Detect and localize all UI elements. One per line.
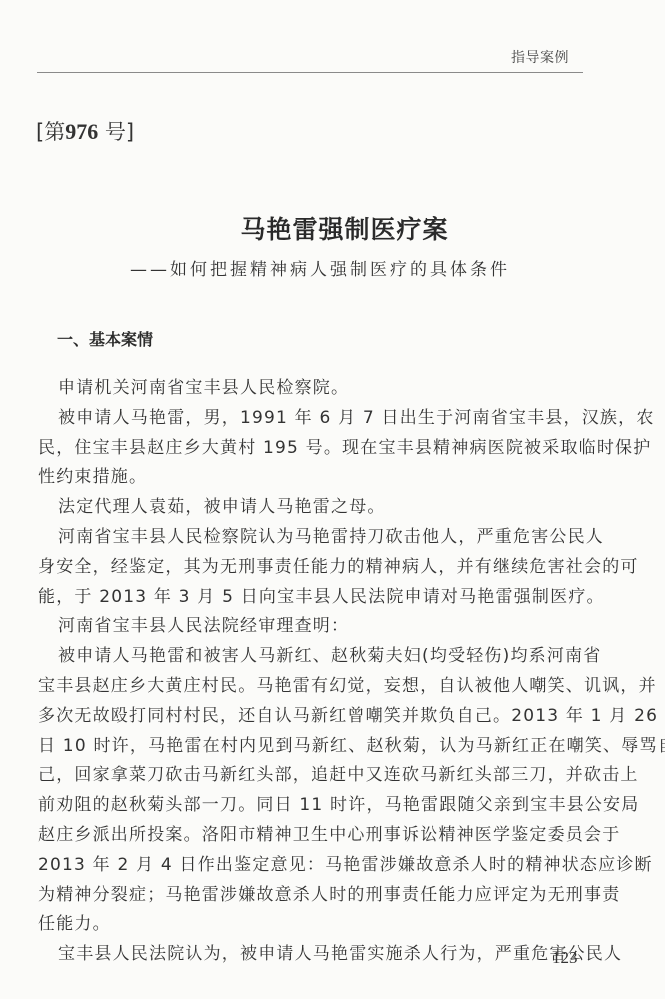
body-line: 河南省宝丰县人民法院经审理查明： bbox=[38, 612, 586, 642]
case-number-suffix: 号] bbox=[105, 120, 134, 144]
section-heading: 一、基本案情 bbox=[57, 327, 153, 350]
body-line: 能，于 2013 年 3 月 5 日向宝丰县人民法院申请对马艳雷强制医疗。 bbox=[38, 583, 586, 613]
case-number-prefix: [第 bbox=[36, 120, 65, 144]
body-line: 任能力。 bbox=[38, 910, 586, 940]
body-line: 2013 年 2 月 4 日作出鉴定意见：马艳雷涉嫌故意杀人时的精神状态应诊断 bbox=[38, 851, 586, 881]
page-number: 123 bbox=[552, 948, 578, 968]
body-line: 日 10 时许，马艳雷在村内见到马新红、赵秋菊，认为马新红正在嘲笑、辱骂自 bbox=[38, 732, 586, 762]
running-header: 指导案例 bbox=[37, 40, 583, 73]
body-line: 申请机关河南省宝丰县人民检察院。 bbox=[38, 374, 586, 404]
body-line: 为精神分裂症；马艳雷涉嫌故意杀人时的刑事责任能力应评定为无刑事责 bbox=[38, 881, 586, 911]
body-line: 宝丰县赵庄乡大黄庄村民。马艳雷有幻觉，妄想，自认被他人嘲笑、讥讽，并 bbox=[38, 672, 586, 702]
body-line: 民，住宝丰县赵庄乡大黄村 195 号。现在宝丰县精神病医院被采取临时保护 bbox=[38, 434, 586, 464]
body-line: 身安全，经鉴定，其为无刑事责任能力的精神病人，并有继续危害社会的可 bbox=[38, 553, 586, 583]
body-line: 前劝阻的赵秋菊头部一刀。同日 11 时许，马艳雷跟随父亲到宝丰县公安局 bbox=[38, 791, 586, 821]
body-line: 宝丰县人民法院认为，被申请人马艳雷实施杀人行为，严重危害公民人 bbox=[38, 940, 586, 970]
document-title: 马艳雷强制医疗案 bbox=[0, 210, 665, 246]
document-subtitle: ——如何把握精神病人强制医疗的具体条件 bbox=[130, 255, 510, 280]
case-number-value: 976 bbox=[65, 119, 98, 144]
body-line: 法定代理人袁茹，被申请人马艳雷之母。 bbox=[38, 493, 586, 523]
body-line: 被申请人马艳雷，男，1991 年 6 月 7 日出生于河南省宝丰县，汉族，农 bbox=[38, 404, 586, 434]
body-text: 申请机关河南省宝丰县人民检察院。被申请人马艳雷，男，1991 年 6 月 7 日… bbox=[38, 374, 586, 970]
body-line: 性约束措施。 bbox=[38, 463, 586, 493]
running-head-label: 指导案例 bbox=[511, 47, 569, 67]
body-line: 赵庄乡派出所投案。洛阳市精神卫生中心刑事诉讼精神医学鉴定委员会于 bbox=[38, 821, 586, 851]
body-line: 己，回家拿菜刀砍击马新红头部，追赶中又连砍马新红头部三刀，并砍击上 bbox=[38, 761, 586, 791]
case-number: [第976 号] bbox=[36, 116, 134, 146]
body-line: 河南省宝丰县人民检察院认为马艳雷持刀砍击他人，严重危害公民人 bbox=[38, 523, 586, 553]
body-line: 被申请人马艳雷和被害人马新红、赵秋菊夫妇(均受轻伤)均系河南省 bbox=[38, 642, 586, 672]
body-line: 多次无故殴打同村村民，还自认马新红曾嘲笑并欺负自己。2013 年 1 月 26 bbox=[38, 702, 586, 732]
